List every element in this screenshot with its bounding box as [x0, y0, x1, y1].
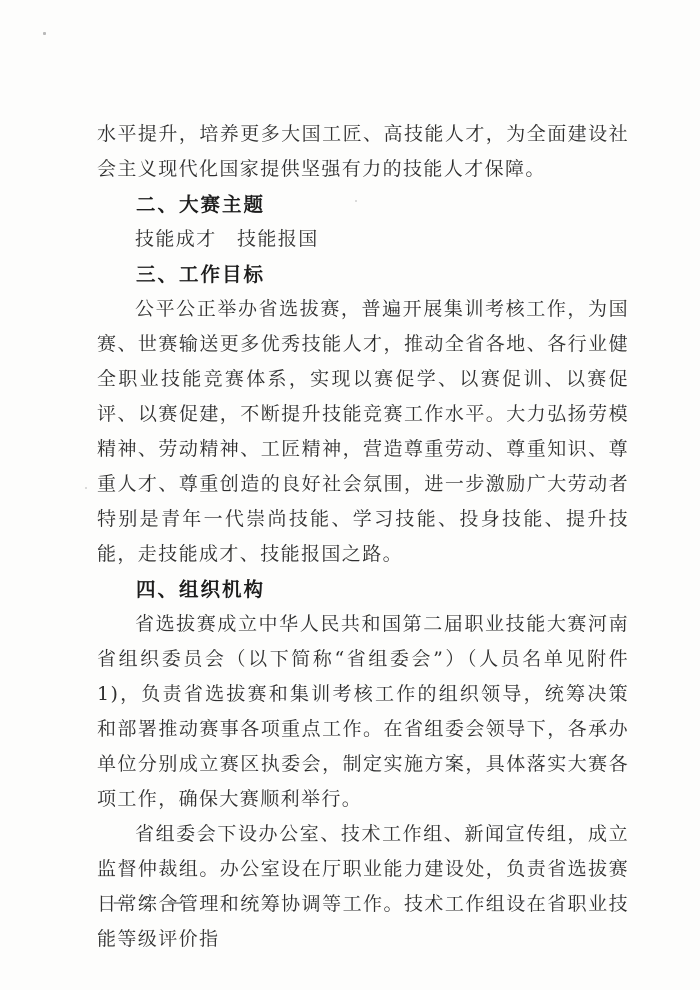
paragraph-continued: 水平提升，培养更多大国工匠、高技能人才，为全面建设社会主义现代化国家提供坚强有力…: [97, 117, 629, 187]
section-heading-work-goals: 三、工作目标: [97, 257, 629, 292]
scan-speck: [85, 487, 87, 489]
section-heading-organization: 四、组织机构: [97, 572, 629, 607]
organization-paragraph-1: 省选拔赛成立中华人民共和国第二届职业技能大赛河南省组织委员会（以下简称“省组委会…: [97, 607, 629, 817]
page-number: — 2 —: [113, 893, 187, 911]
document-page: 水平提升，培养更多大国工匠、高技能人才，为全面建设社会主义现代化国家提供坚强有力…: [0, 0, 700, 990]
competition-theme-text: 技能成才 技能报国: [97, 222, 629, 257]
scan-speck: [43, 32, 46, 35]
work-goals-paragraph: 公平公正举办省选拔赛，普遍开展集训考核工作，为国赛、世赛输送更多优秀技能人才，推…: [97, 292, 629, 572]
document-body: 水平提升，培养更多大国工匠、高技能人才，为全面建设社会主义现代化国家提供坚强有力…: [97, 117, 629, 957]
section-heading-competition-theme: 二、大赛主题: [97, 187, 629, 222]
organization-paragraph-2: 省组委会下设办公室、技术工作组、新闻宣传组，成立监督仲裁组。办公室设在厅职业能力…: [97, 817, 629, 957]
